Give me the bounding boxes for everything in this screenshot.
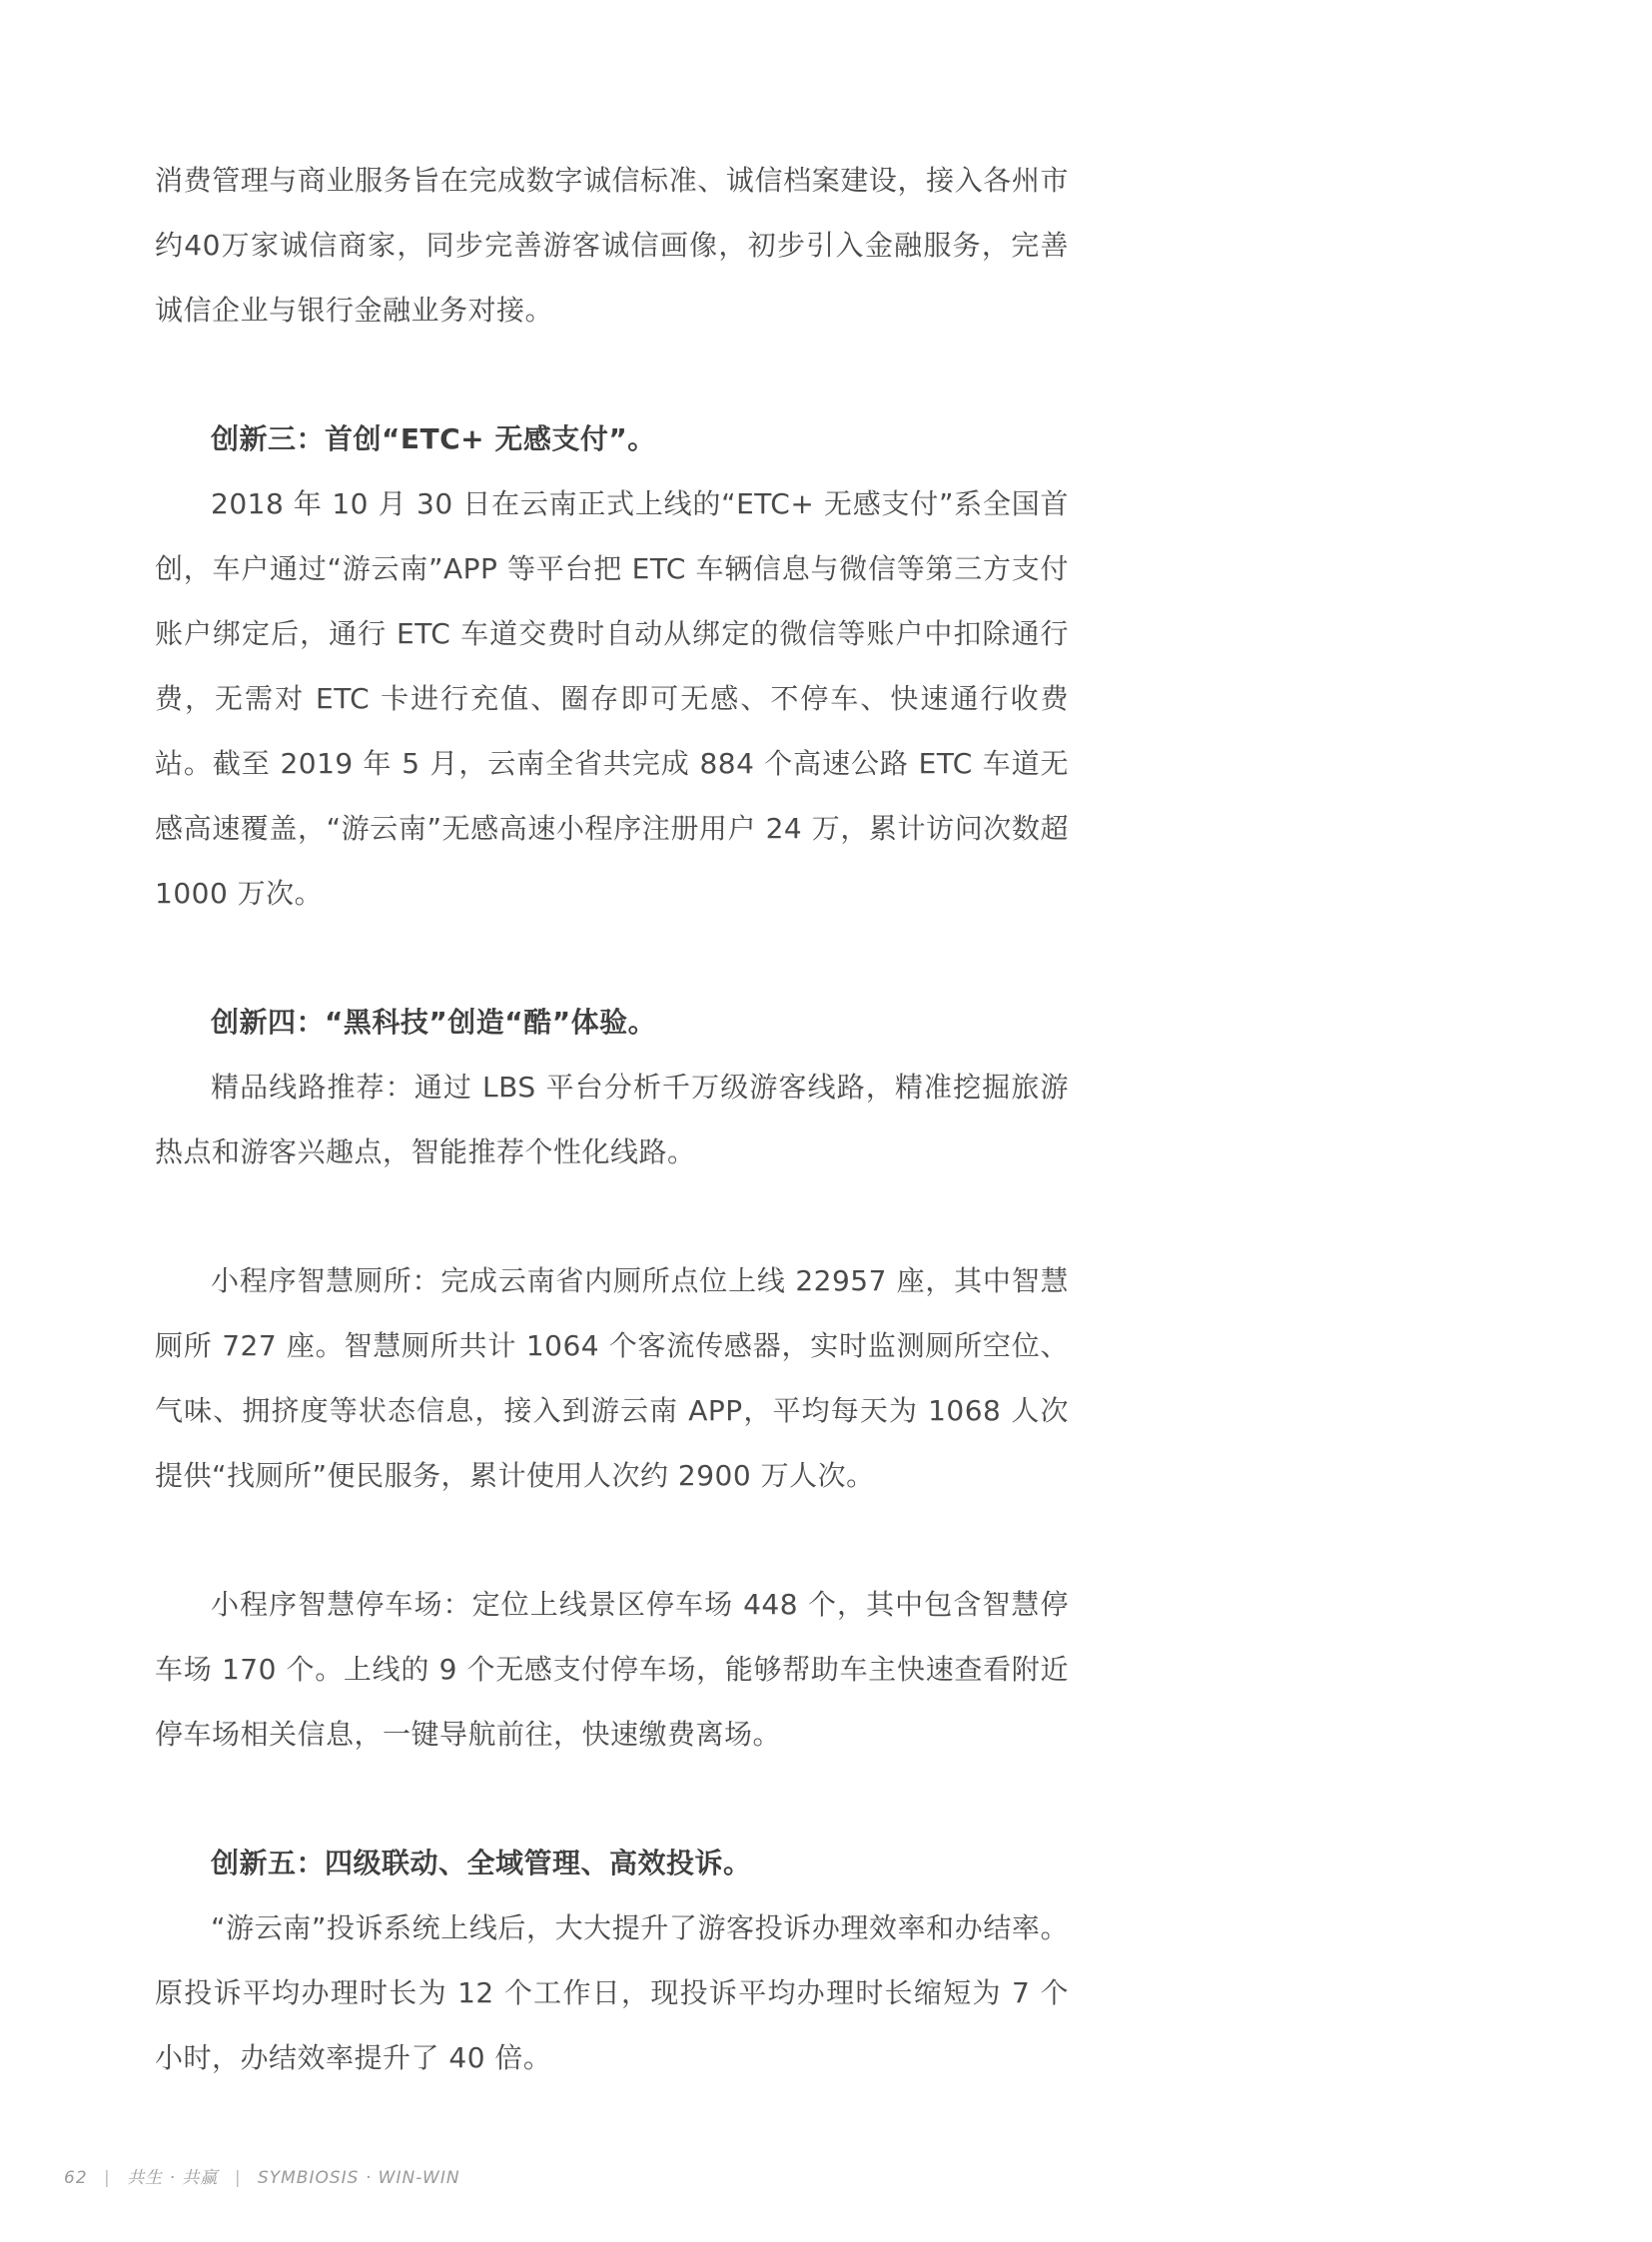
heading-innovation-four: 创新四：“黑科技”创造“酷”体验。 [155,990,1069,1055]
paragraph-complaint-system: “游云南”投诉系统上线后，大大提升了游客投诉办理效率和办结率。原投诉平均办理时长… [155,1895,1069,2090]
footer-title-cn: 共生 · 共赢 [127,2168,218,2188]
paragraph-route-recommendation: 精品线路推荐：通过 LBS 平台分析千万级游客线路，精准挖掘旅游热点和游客兴趣点… [155,1055,1069,1184]
heading-innovation-three: 创新三：首创“ETC+ 无感支付”。 [155,406,1069,471]
footer-divider: | [235,2168,242,2188]
document-body: 消费管理与商业服务旨在完成数字诚信标准、诚信档案建设，接入各州市约40万家诚信商… [155,148,1069,2090]
page-footer: 62 | 共生 · 共赢 | SYMBIOSIS · WIN-WIN [64,2163,460,2188]
paragraph-smart-toilet: 小程序智慧厕所：完成云南省内厕所点位上线 22957 座，其中智慧厕所 727 … [155,1248,1069,1508]
page-number: 62 [64,2168,88,2188]
paragraph-etc-payment: 2018 年 10 月 30 日在云南正式上线的“ETC+ 无感支付”系全国首创… [155,471,1069,926]
paragraph-consumer-management: 消费管理与商业服务旨在完成数字诚信标准、诚信档案建设，接入各州市约40万家诚信商… [155,148,1069,343]
footer-title-en: SYMBIOSIS · WIN-WIN [258,2168,460,2188]
paragraph-smart-parking: 小程序智慧停车场：定位上线景区停车场 448 个，其中包含智慧停车场 170 个… [155,1572,1069,1767]
heading-innovation-five: 创新五：四级联动、全域管理、高效投诉。 [155,1831,1069,1895]
footer-divider: | [104,2168,111,2188]
